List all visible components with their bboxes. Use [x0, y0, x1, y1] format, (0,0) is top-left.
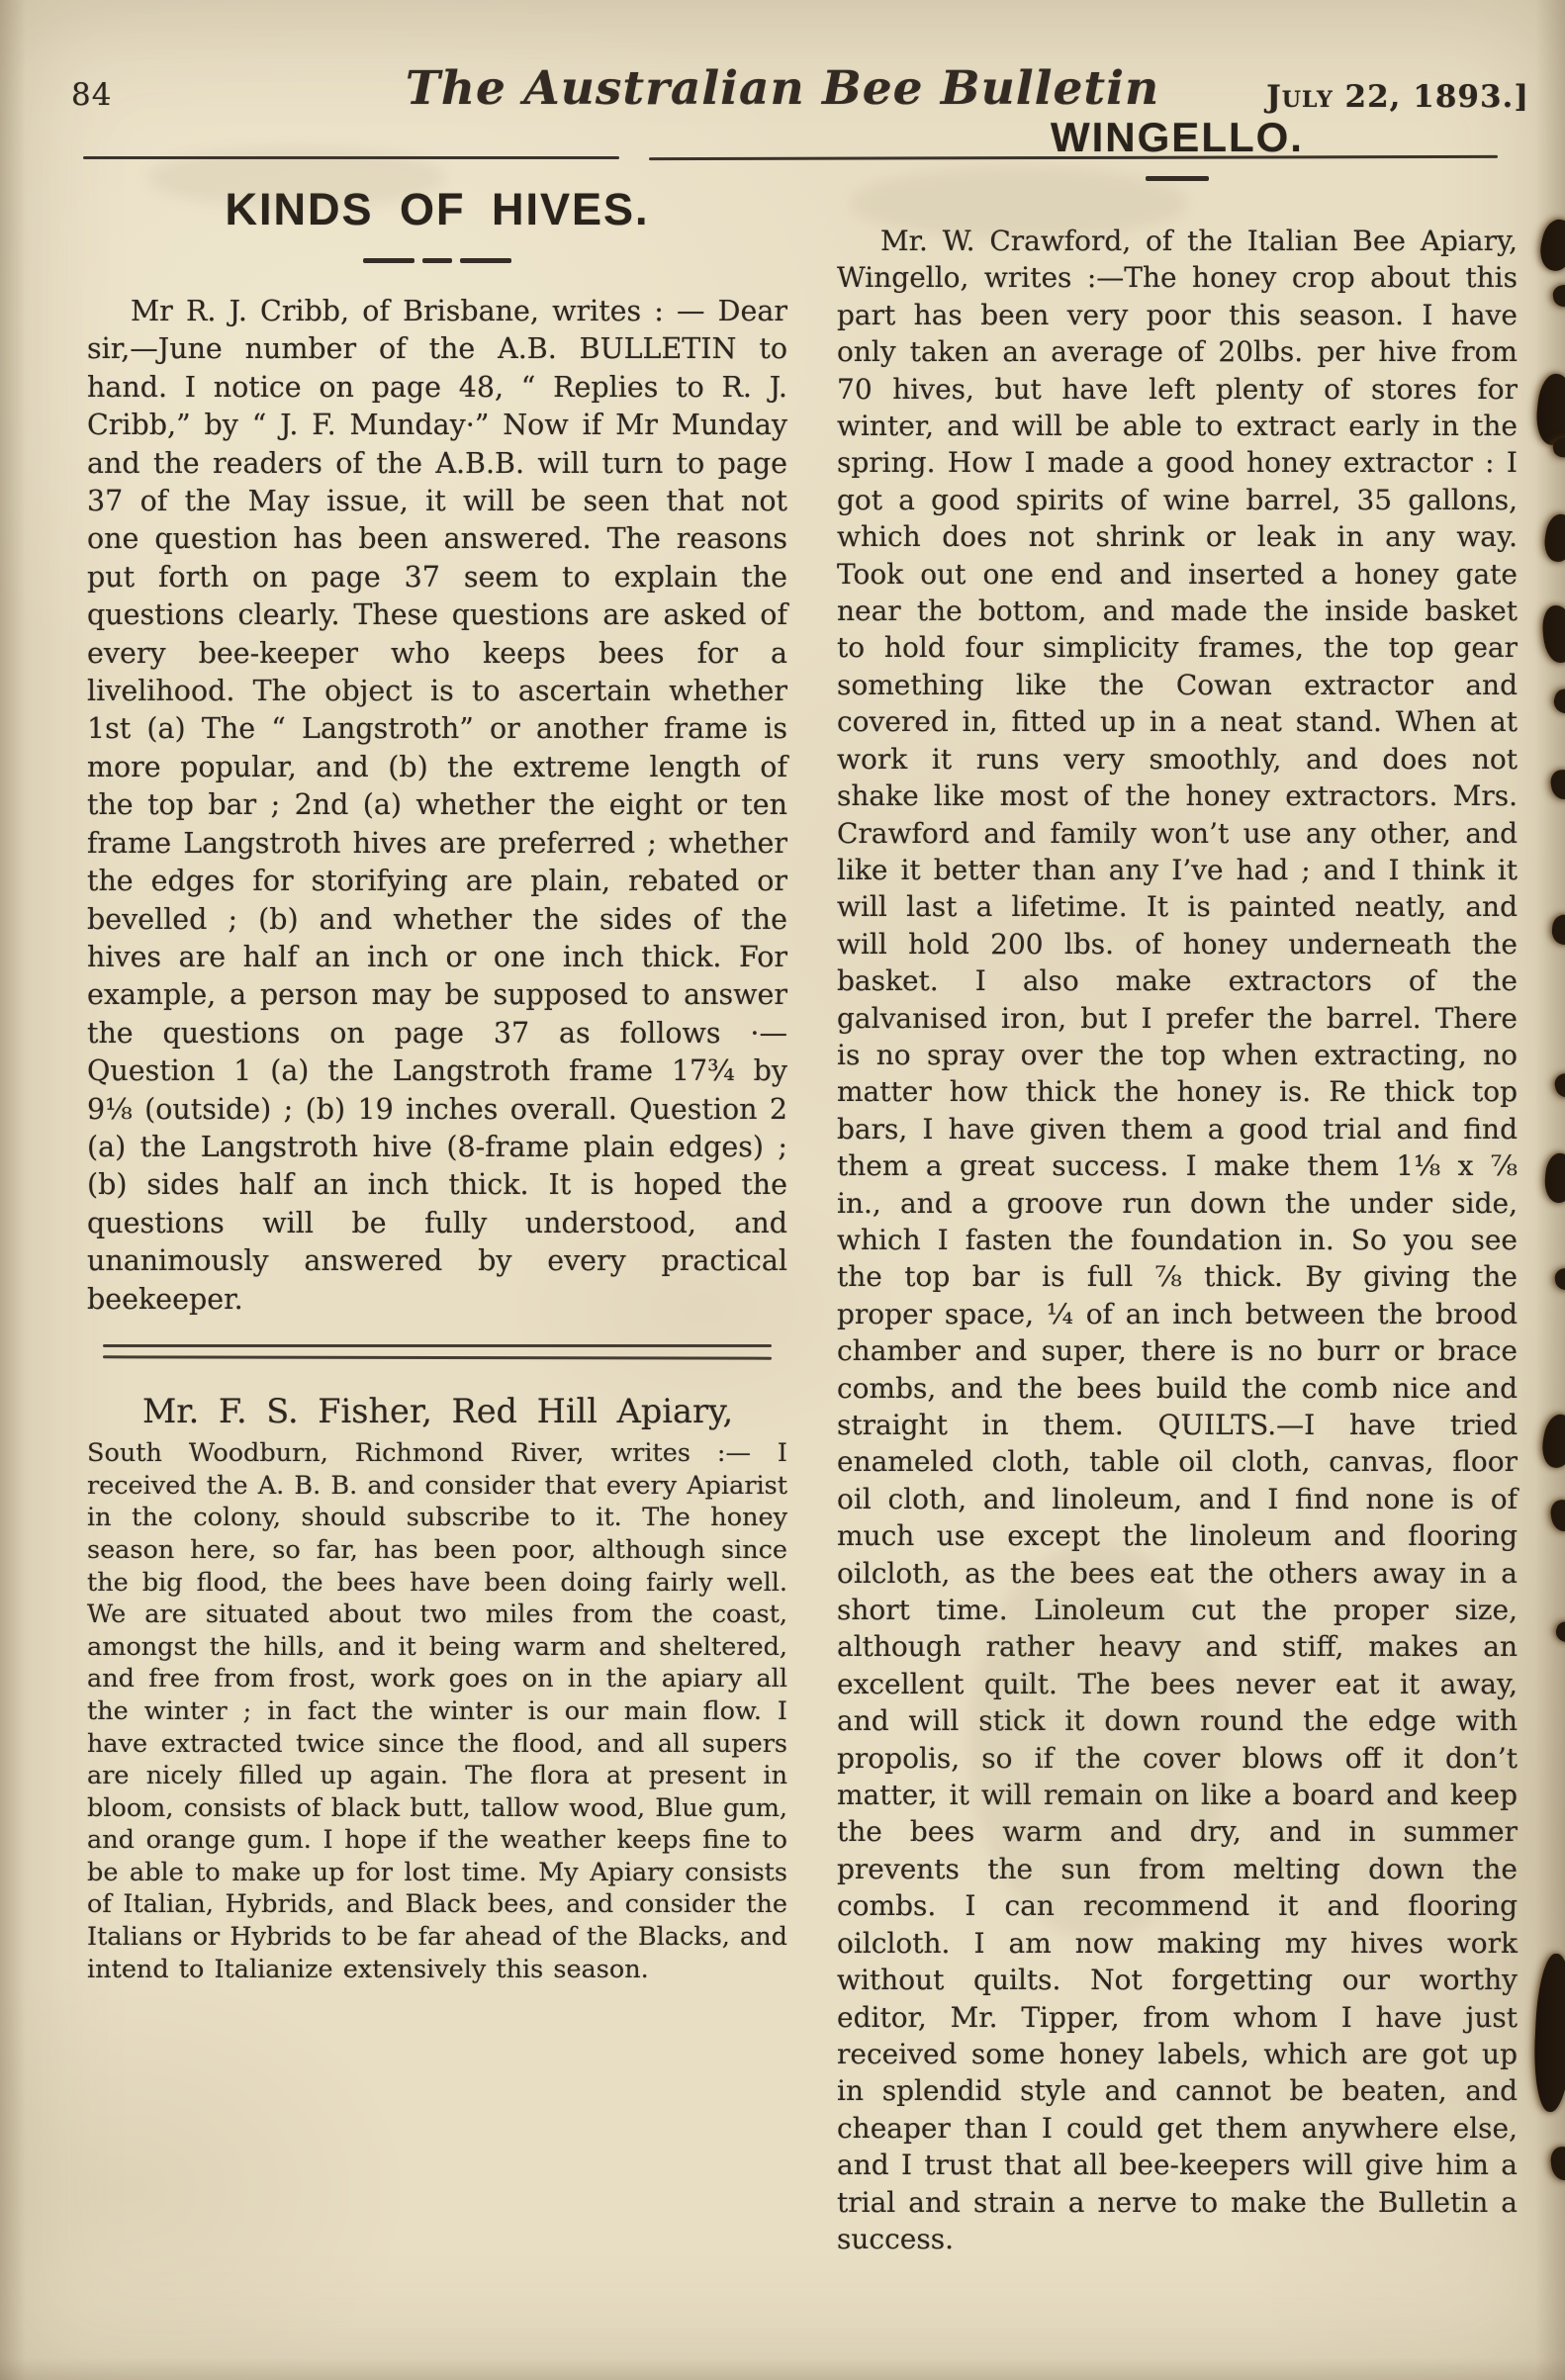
paper-tear-mark [1549, 1498, 1565, 1533]
right-column: WINGELLO. Mr. W. Crawford, of the Italia… [837, 115, 1518, 2257]
paper-tear-mark [1541, 512, 1565, 564]
article-body-cribb-letter: Mr R. J. Cribb, of Brisbane, writes : — … [87, 293, 787, 1319]
paper-tear-mark [1551, 687, 1565, 716]
article-body-crawford-letter: Mr. W. Crawford, of the Italian Bee Apia… [837, 223, 1518, 2257]
heading-underline [1146, 176, 1209, 181]
section-separator-double-rule [103, 1344, 772, 1358]
bottom-page-edge-shadow [0, 2358, 1565, 2380]
left-column: KINDS OF HIVES. Mr R. J. Cribb, of Brisb… [87, 186, 787, 1985]
article-heading-wingello: WINGELLO. [837, 115, 1518, 160]
paper-tear-mark [1549, 768, 1565, 801]
paper-tear-mark [1554, 1267, 1565, 1291]
paper-tear-mark [1549, 2146, 1565, 2182]
fisher-letter-body: South Woodburn, Richmond River, writes :… [87, 1437, 787, 1985]
paper-tear-mark [1536, 217, 1565, 274]
heading-dash-ornament [363, 257, 511, 263]
article-heading-kinds-of-hives: KINDS OF HIVES. [87, 186, 787, 233]
paper-tear-mark [1533, 372, 1565, 446]
scanned-bulletin-page: 84 The Australian Bee Bulletin July 22, … [0, 0, 1565, 2380]
paper-tear-mark [1541, 604, 1565, 665]
paper-tear-mark [1550, 914, 1565, 947]
paper-tear-mark [1543, 1152, 1565, 1204]
issue-date: July 22, 1893.] [1266, 79, 1529, 115]
paper-tear-mark [1531, 1953, 1565, 2113]
paper-tear-mark [1553, 1071, 1565, 1099]
left-page-edge-shadow [0, 0, 26, 2380]
header-rule-left [83, 156, 619, 159]
paper-tear-mark [1539, 1413, 1565, 1471]
fisher-letter-opening: Mr. F. S. Fisher, Red Hill Apiary, [87, 1392, 787, 1431]
paper-tear-mark [1554, 1620, 1565, 1645]
paper-tear-mark [1552, 283, 1565, 308]
